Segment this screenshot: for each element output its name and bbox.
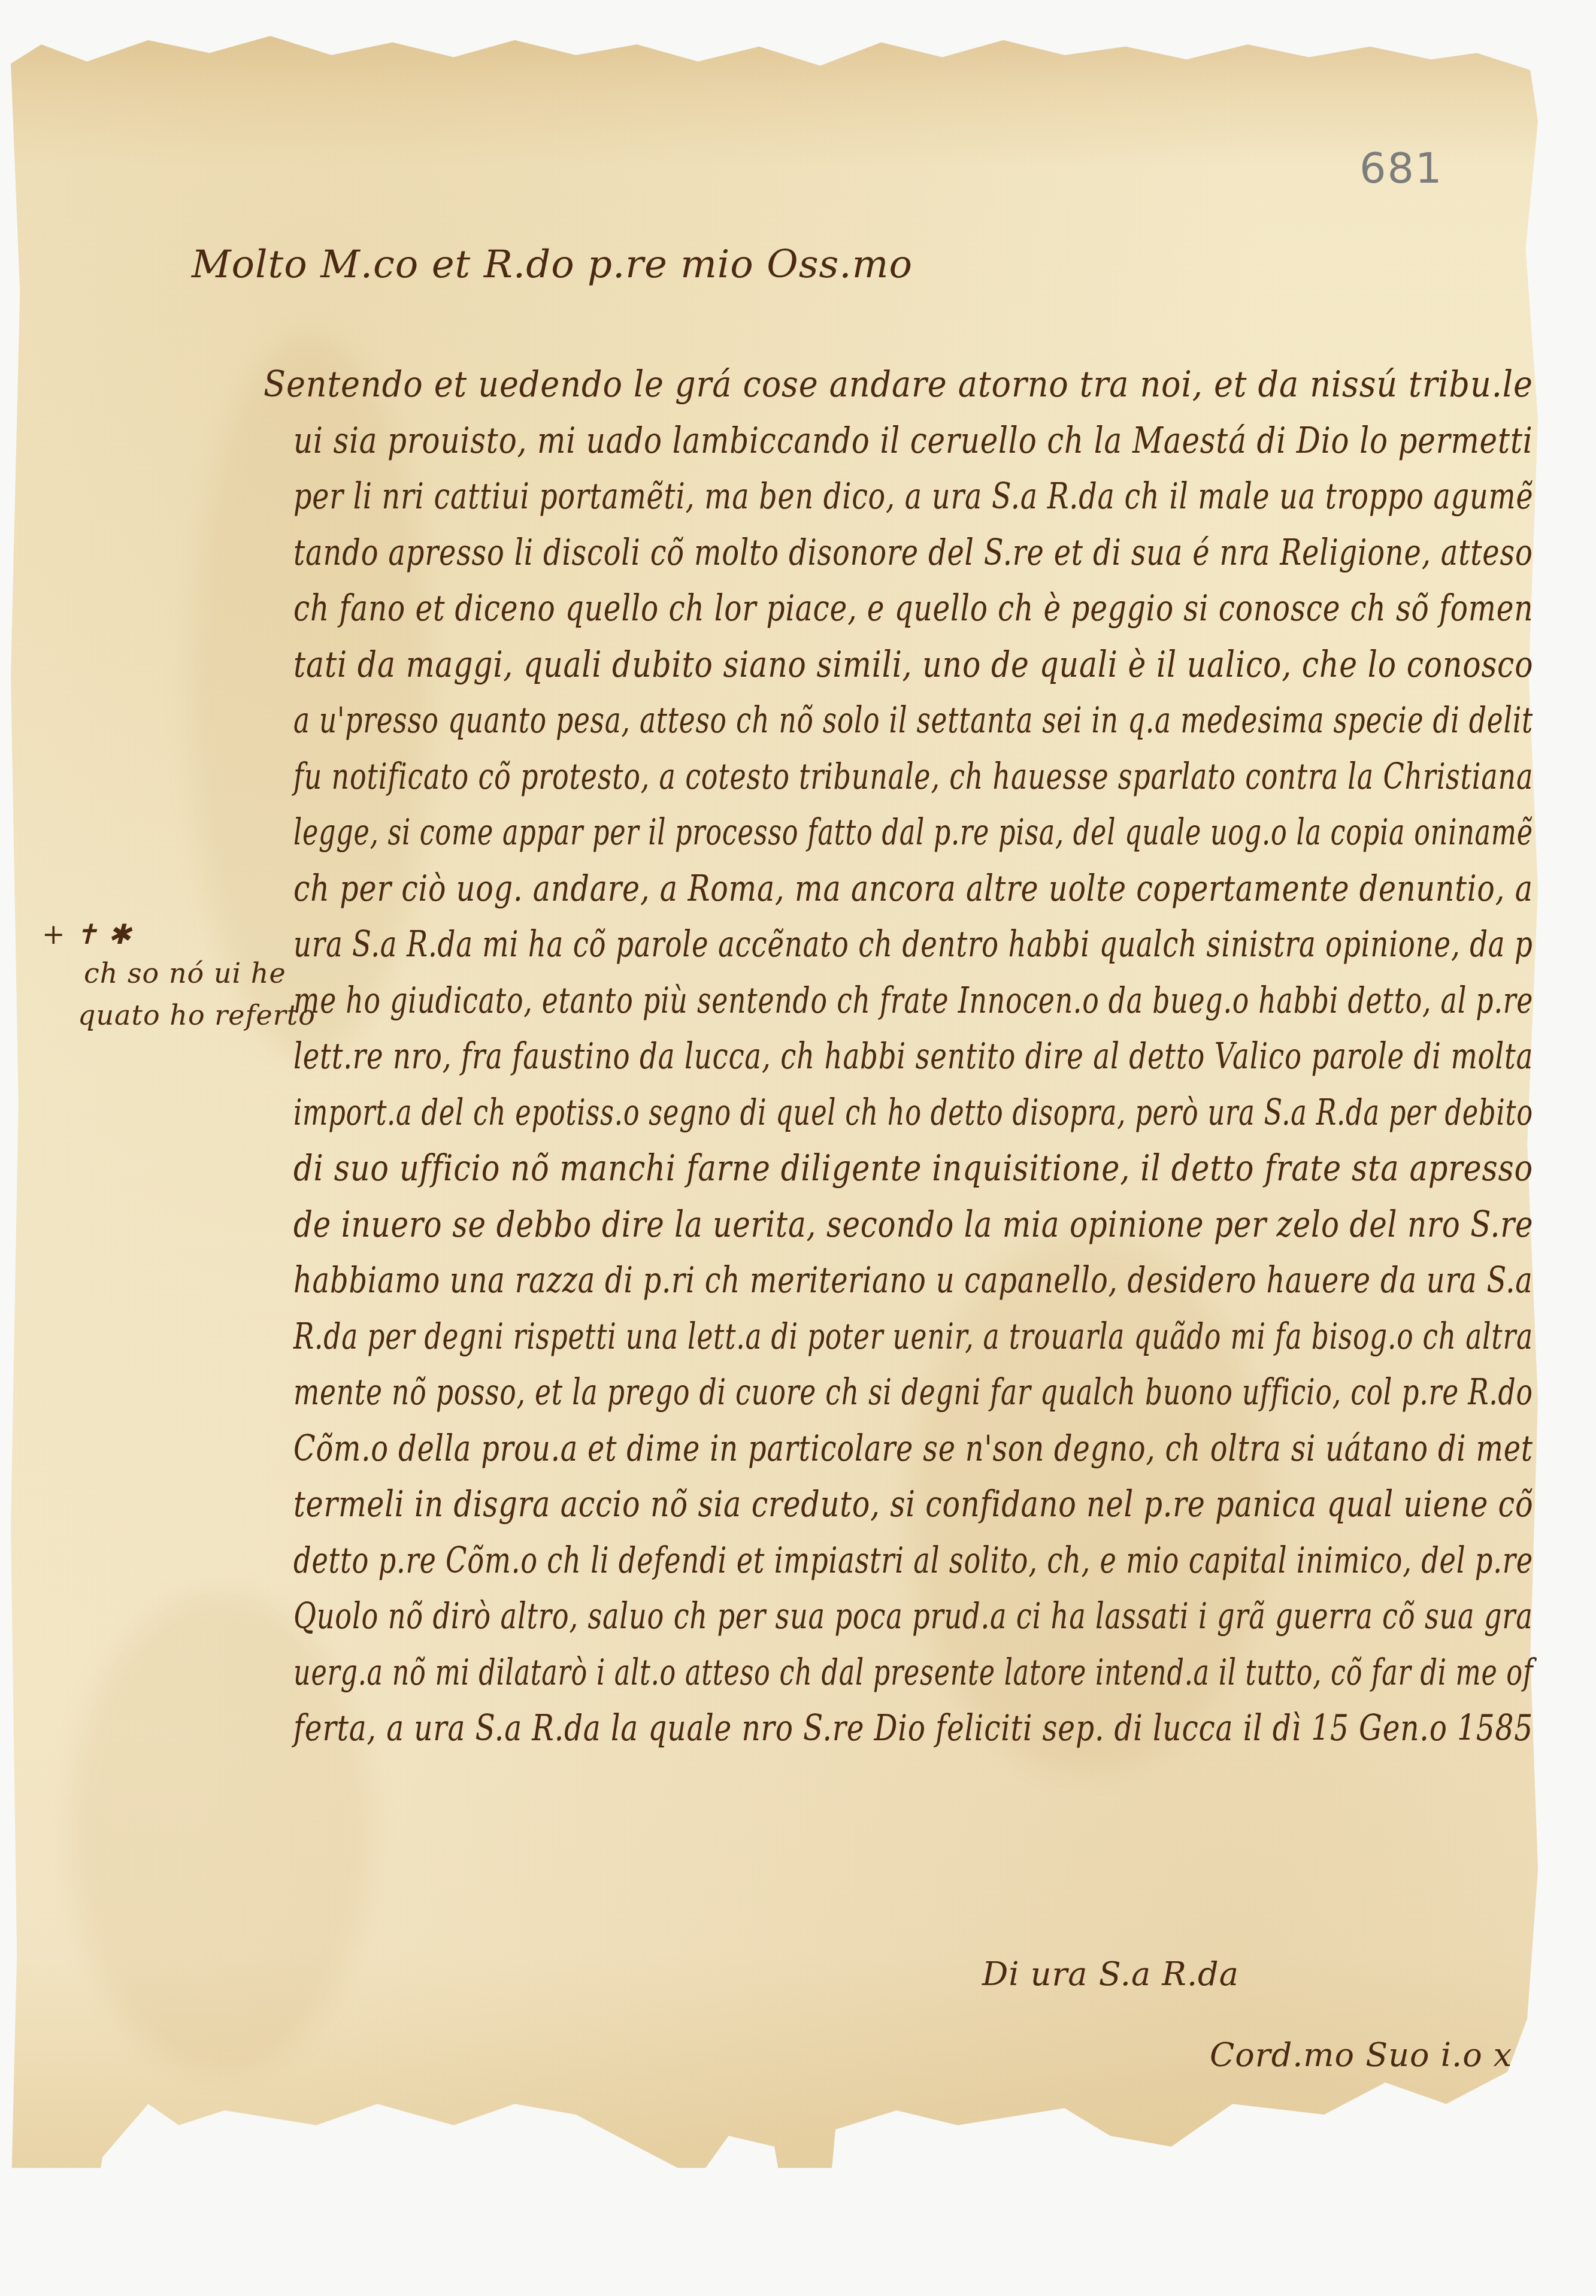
letter-line: mente nõ posso, et la prego di cuore ch … <box>293 1364 1533 1420</box>
letter-line: ura S.a R.da mi ha cõ parole accẽnato ch… <box>293 916 1533 973</box>
salutation: Molto M.co et R.do p.re mio Oss.mo <box>192 243 913 287</box>
letter-line: a u'presso quanto pesa, atteso ch nõ sol… <box>293 692 1533 749</box>
closing-line-1: Di ura S.a R.da <box>982 1955 1239 1993</box>
letter-line: Quolo nõ dirò altro, saluo ch per sua po… <box>293 1588 1533 1644</box>
letter-line: import.a del ch epotiss.o segno di quel … <box>293 1085 1533 1141</box>
letter-line: legge, si come appar per il processo fat… <box>293 804 1533 861</box>
letter-line: habbiamo una razza di p.ri ch meriterian… <box>293 1252 1533 1308</box>
letter-line: uerg.a nõ mi dilatarò i alt.o atteso ch … <box>293 1644 1533 1701</box>
letter-line: lett.re nro, fra faustino da lucca, ch h… <box>293 1028 1533 1085</box>
letter-line: ferta, a ura S.a R.da la quale nro S.re … <box>293 1700 1533 1756</box>
margin-note-line-1: ch so nó ui he <box>84 955 286 991</box>
letter-line: ui sia prouisto, mi uado lambiccando il … <box>293 413 1533 469</box>
letter-line: detto p.re Cõm.o ch li defendi et impias… <box>293 1532 1533 1589</box>
margin-note-line-2: quato ho referto <box>78 997 316 1033</box>
letter-line: fu notificato cõ protesto, a cotesto tri… <box>293 749 1533 805</box>
letter-line: Cõm.o della prou.a et dime in particolar… <box>293 1420 1533 1477</box>
letter-line: di suo ufficio nõ manchi farne diligente… <box>293 1140 1533 1197</box>
letter-line: tando apresso li discoli cõ molto disono… <box>293 525 1533 581</box>
folio-number: 681 <box>1359 144 1443 193</box>
letter-line: per li nri cattiui portamẽti, ma ben dic… <box>293 468 1533 525</box>
letter-line: termeli in disgra accio nõ sia creduto, … <box>293 1476 1533 1532</box>
margin-cross-marks: + ✝ ✱ <box>42 916 132 952</box>
letter-line: de inuero se debbo dire la uerita, secon… <box>293 1197 1533 1253</box>
signature: Cord.mo Suo i.o x <box>1210 2036 1512 2074</box>
letter-line: ch fano et diceno quello ch lor piace, e… <box>293 580 1533 637</box>
letter-line: ch per ciò uog. andare, a Roma, ma ancor… <box>293 861 1533 917</box>
letter-line: tati da maggi, quali dubito siano simili… <box>293 637 1533 693</box>
letter-line: Sentendo et uedendo le grá cose andare a… <box>264 356 1533 413</box>
letter-line: R.da per degni rispetti una lett.a di po… <box>293 1308 1533 1365</box>
letter-line: me ho giudicato, etanto più sentendo ch … <box>293 973 1533 1029</box>
